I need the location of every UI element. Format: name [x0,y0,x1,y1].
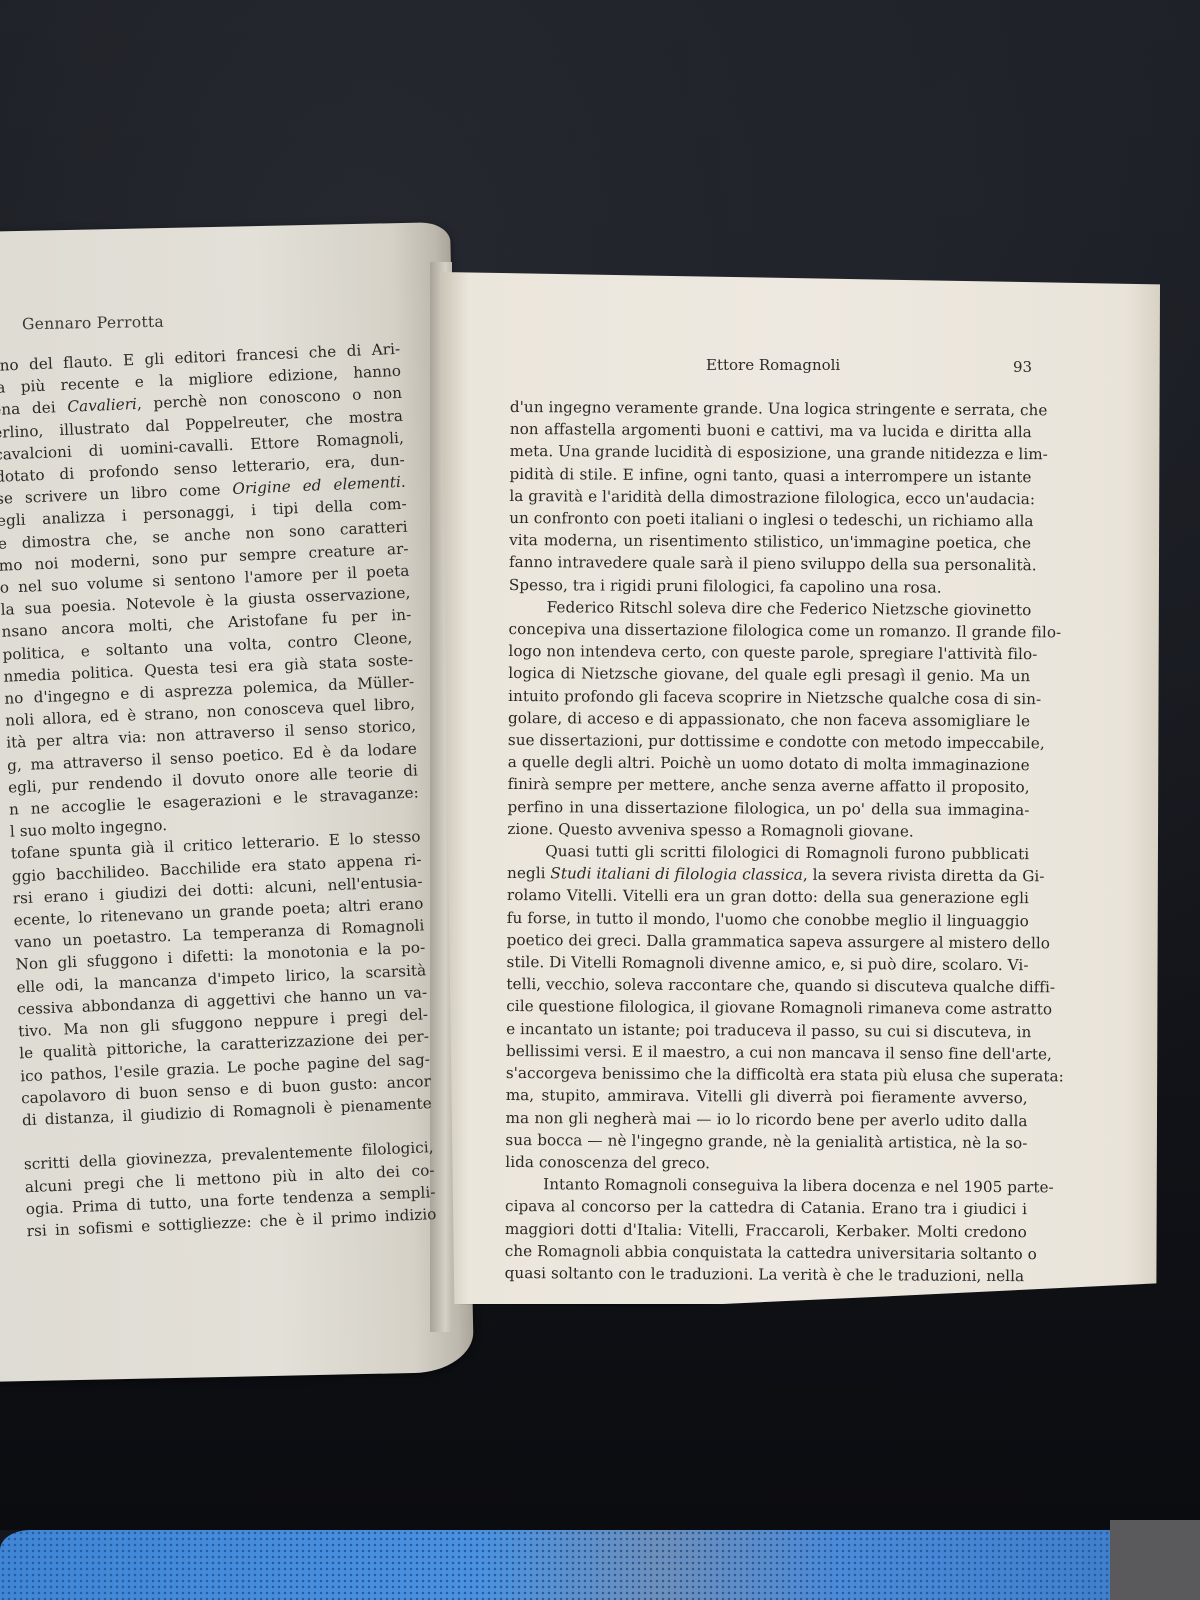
left-page-text: ono del flauto. E gli editori francesi c… [0,338,437,1243]
text-line: golare, di acceso e di appassionato, che… [508,707,1030,732]
text-line: sua bocca — nè l'ingegno grande, nè la g… [505,1129,1027,1154]
text-line: cile questione filologica, il giovane Ro… [506,995,1028,1020]
text-line: s'accorgeva benissimo che la difficoltà … [506,1062,1028,1087]
text-line: la gravità e l'aridità della dimostrazio… [509,485,1031,510]
right-running-head: Ettore Romagnoli [706,356,840,374]
text-line: fanno intravedere quale sarà il pieno sv… [509,551,1031,576]
text-line: meta. Una grande lucidità di esposizione… [510,440,1032,465]
left-running-head: Gennaro Perrotta [22,313,164,333]
text-line: quasi soltanto con le traduzioni. La ver… [505,1262,1027,1287]
text-line: logica di Nietzsche giovane, del quale e… [508,662,1030,687]
text-line: zione. Questo avveniva spesso a Romagnol… [507,818,1029,843]
text-line: Spesso, tra i rigidi pruni filologici, f… [509,574,1031,599]
text-line: concepiva una dissertazione filologica c… [509,618,1031,643]
text-line: non affastella argomenti buoni e cattivi… [510,418,1032,443]
blue-mesh-fabric [0,1530,1200,1600]
text-line: e incantato un istante; poi traduceva il… [506,1018,1028,1043]
text-line: che Romagnoli abbia conquistata la catte… [505,1240,1027,1265]
text-line: perfino in una dissertazione filologica,… [507,796,1029,821]
right-page-text: d'un ingegno veramente grande. Una logic… [505,396,1032,1287]
text-line: ma non gli negherà mai — io lo ricordo b… [506,1106,1028,1131]
text-line: vita moderna, un risentimento stilistico… [509,529,1031,554]
text-line: d'un ingegno veramente grande. Una logic… [510,396,1032,421]
gray-surface [1110,1520,1200,1600]
text-line: cipava al concorso per la cattedra di Ca… [505,1195,1027,1220]
text-line: logo non intendeva certo, con queste par… [508,640,1030,665]
text-line: maggiori dotti d'Italia: Vitelli, Fracca… [505,1218,1027,1243]
text-line: Quasi tutti gli scritti filologici di Ro… [507,840,1029,865]
text-line: intuito profondo gli faceva scoprire in … [508,685,1030,710]
text-line: negli Studi italiani di filologia classi… [507,862,1029,887]
text-line: stile. Di Vitelli Romagnoli divenne amic… [506,951,1028,976]
text-line: a quelle degli altri. Poichè un uomo dot… [508,751,1030,776]
text-line: finirà sempre per mettere, anche senza a… [508,773,1030,798]
text-line: telli, vecchio, soleva raccontare che, q… [506,973,1028,998]
text-line: poetico dei greci. Dalla grammatica sape… [507,929,1029,954]
text-line: ma, stupito, ammirava. Vitelli gli diver… [506,1084,1028,1109]
text-line: bellissimi versi. E il maestro, a cui no… [506,1040,1028,1065]
text-line: un confronto con poeti italiani o ingles… [509,507,1031,532]
page-number: 93 [1013,358,1032,376]
text-line: pidità di stile. E infine, ogni tanto, q… [509,463,1031,488]
text-line: fu forse, in tutto il mondo, l'uomo che … [507,907,1029,932]
text-line: sue dissertazioni, pur dottissime e cond… [508,729,1030,754]
text-line: Intanto Romagnoli conseguiva la libera d… [505,1173,1027,1198]
text-line: Federico Ritschl soleva dire che Federic… [509,596,1031,621]
text-line: rolamo Vitelli. Vitelli era un gran dott… [507,884,1029,909]
text-line: lida conoscenza del greco. [505,1151,1027,1176]
